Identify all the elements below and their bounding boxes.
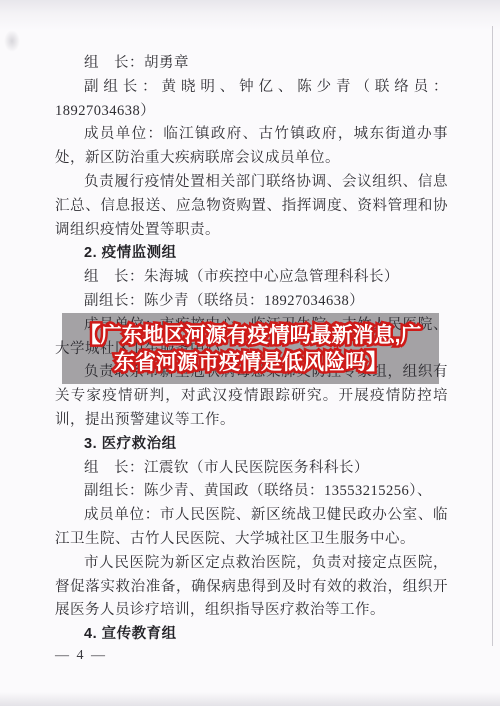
doc-line-member-units: 成员单位：临江镇政府、古竹镇政府，城东街道办事处，新区防治重大疾病联席会议成员单… [55, 123, 448, 171]
caption-line-1: 【广东地区河源有疫情吗最新消息,广 [80, 322, 422, 349]
scan-smudge-artifact [4, 30, 20, 52]
doc-heading-monitor-group: 2. 疫情监测组 [55, 242, 448, 266]
doc-line-duties-3: 市人民医院为新区定点救治医院，负责对接定点医院，督促落实救治准备，确保病患得到及… [55, 552, 448, 623]
doc-line-member-units-3: 成员单位：市人民医院、新区统战卫健民政办公室、临江卫生院、古竹人民医院、大学城社… [55, 504, 448, 552]
doc-line-deputy-3: 副组长：陈少青、黄国政（联络员：13553215256）、 [55, 480, 448, 504]
doc-line-deputy-leaders: 副组长：黄晓明、钟亿、陈少青（联络员：18927034638） [55, 76, 448, 124]
doc-heading-medical-group: 3. 医疗救治组 [55, 433, 448, 457]
doc-line-leader-2: 组 长：朱海城（市疾控中心应急管理科科长） [55, 266, 448, 290]
doc-line-deputy-2: 副组长：陈少青（联络员：18927034638） [55, 290, 448, 314]
scan-edge-shadow-top [0, 0, 500, 30]
scan-page-edge-line [492, 26, 493, 646]
doc-line-duties: 负责履行疫情处置相关部门联络协调、会议组织、信息汇总、信息报送、应急物资购置、指… [55, 171, 448, 242]
caption-line-2: 东省河源市疫情是低风险吗】 [114, 349, 387, 376]
doc-line-leader: 组 长：胡勇章 [55, 52, 448, 76]
doc-line-leader-3: 组 长：江震钦（市人民医院医务科科长） [55, 457, 448, 481]
scan-edge-shadow-bottom [0, 692, 500, 706]
page-number: — 4 — [55, 648, 107, 664]
subtitle-overlay-strip: 【广东地区河源有疫情吗最新消息,广 东省河源市疫情是低风险吗】 [62, 313, 439, 384]
scanned-document-page: 组 长：胡勇章 副组长：黄晓明、钟亿、陈少青（联络员：18927034638） … [0, 0, 500, 706]
doc-heading-publicity-group: 4. 宣传教育组 [55, 623, 448, 647]
